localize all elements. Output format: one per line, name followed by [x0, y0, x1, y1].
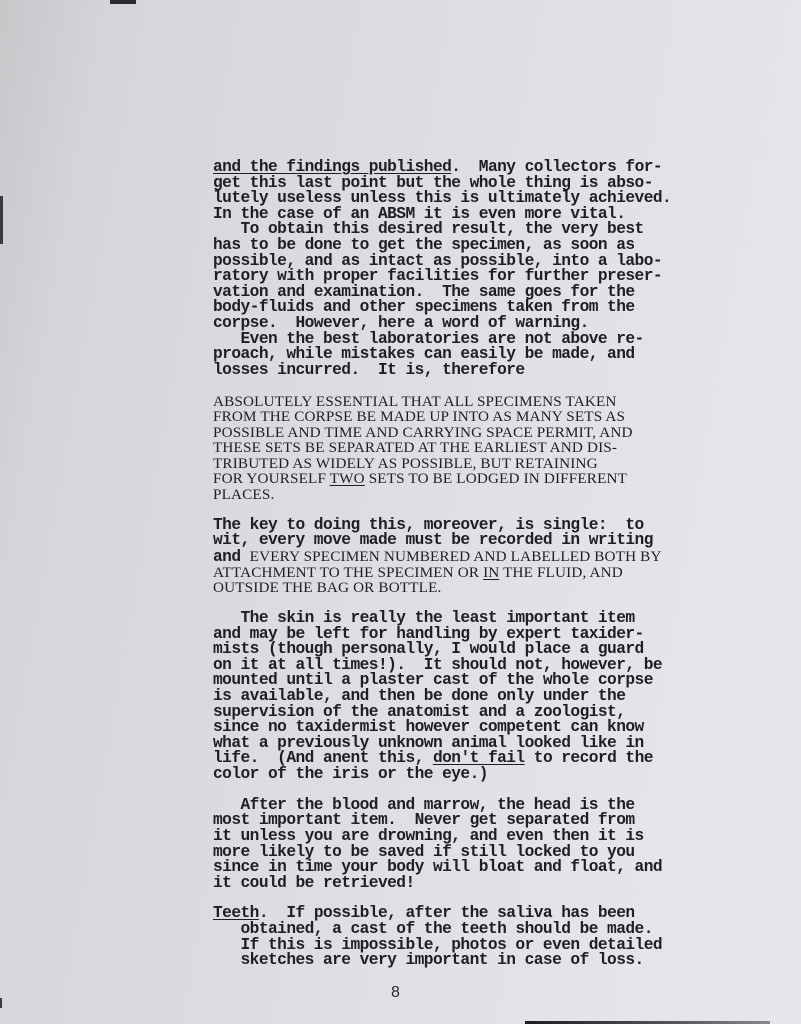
- typewritten-body-text: and the findings published. Many collect…: [213, 160, 683, 969]
- text-segment: wit, every move made must be recorded in…: [213, 531, 653, 549]
- scan-edge-mark: [0, 998, 2, 1008]
- text-line: OUTSIDE THE BAG OR BOTTLE.: [213, 580, 683, 596]
- text-segment: OUTSIDE THE BAG OR BOTTLE.: [213, 579, 441, 596]
- paragraph-p4: The skin is really the least important i…: [213, 611, 683, 783]
- text-segment: losses incurred. It is, therefore: [213, 361, 525, 379]
- text-segment: ATTACHMENT TO THE SPECIMEN OR: [213, 564, 483, 581]
- text-segment: EVERY SPECIMEN NUMBERED AND LABELLED BOT…: [250, 548, 662, 565]
- text-line: POSSIBLE AND TIME AND CARRYING SPACE PER…: [213, 425, 683, 441]
- paragraph-p1: and the findings published. Many collect…: [213, 160, 683, 378]
- text-segment: FROM THE CORPSE BE MADE UP INTO AS MANY …: [213, 408, 625, 425]
- text-line: TRIBUTED AS WIDELY AS POSSIBLE, BUT RETA…: [213, 456, 683, 472]
- text-line: losses incurred. It is, therefore: [213, 363, 683, 379]
- text-line: it could be retrieved!: [213, 876, 683, 892]
- text-segment: TRIBUTED AS WIDELY AS POSSIBLE, BUT RETA…: [213, 455, 598, 472]
- text-line: sketches are very important in case of l…: [213, 953, 683, 969]
- scan-edge-mark: [0, 196, 3, 244]
- paragraph-gap: [213, 378, 683, 393]
- paragraph-p3: The key to doing this, moreover, is sing…: [213, 518, 683, 596]
- text-line: and EVERY SPECIMEN NUMBERED AND LABELLED…: [213, 549, 683, 565]
- text-line: ABSOLUTELY ESSENTIAL THAT ALL SPECIMENS …: [213, 394, 683, 410]
- paragraph-p5: After the blood and marrow, the head is …: [213, 798, 683, 892]
- text-segment: color of the iris or the eye.): [213, 765, 488, 783]
- text-segment: THE FLUID, AND: [499, 564, 622, 581]
- text-line: ATTACHMENT TO THE SPECIMEN OR IN THE FLU…: [213, 565, 683, 581]
- text-line: color of the iris or the eye.): [213, 767, 683, 783]
- paragraph-p2: ABSOLUTELY ESSENTIAL THAT ALL SPECIMENS …: [213, 394, 683, 503]
- text-segment: FOR YOURSELF: [213, 470, 330, 487]
- page-number: 8: [391, 984, 400, 1002]
- text-line: FROM THE CORPSE BE MADE UP INTO AS MANY …: [213, 409, 683, 425]
- text-line: FOR YOURSELF TWO SETS TO BE LODGED IN DI…: [213, 471, 683, 487]
- underlined-text: TWO: [330, 470, 365, 487]
- text-line: PLACES.: [213, 487, 683, 503]
- text-segment: ABSOLUTELY ESSENTIAL THAT ALL SPECIMENS …: [213, 393, 617, 410]
- text-segment: SETS TO BE LODGED IN DIFFERENT: [365, 470, 627, 487]
- scan-edge-mark: [110, 0, 136, 4]
- text-line: THESE SETS BE SEPARATED AT THE EARLIEST …: [213, 440, 683, 456]
- text-segment: THESE SETS BE SEPARATED AT THE EARLIEST …: [213, 439, 617, 456]
- paragraph-p6: Teeth. If possible, after the saliva has…: [213, 906, 683, 968]
- text-segment: PLACES.: [213, 486, 274, 503]
- scanned-page: and the findings published. Many collect…: [0, 0, 801, 1024]
- text-segment: to record the: [525, 749, 653, 767]
- text-segment: sketches are very important in case of l…: [213, 951, 644, 969]
- underlined-text: IN: [483, 564, 499, 581]
- text-line: wit, every move made must be recorded in…: [213, 533, 683, 549]
- text-segment: POSSIBLE AND TIME AND CARRYING SPACE PER…: [213, 424, 633, 441]
- text-segment: it could be retrieved!: [213, 874, 415, 892]
